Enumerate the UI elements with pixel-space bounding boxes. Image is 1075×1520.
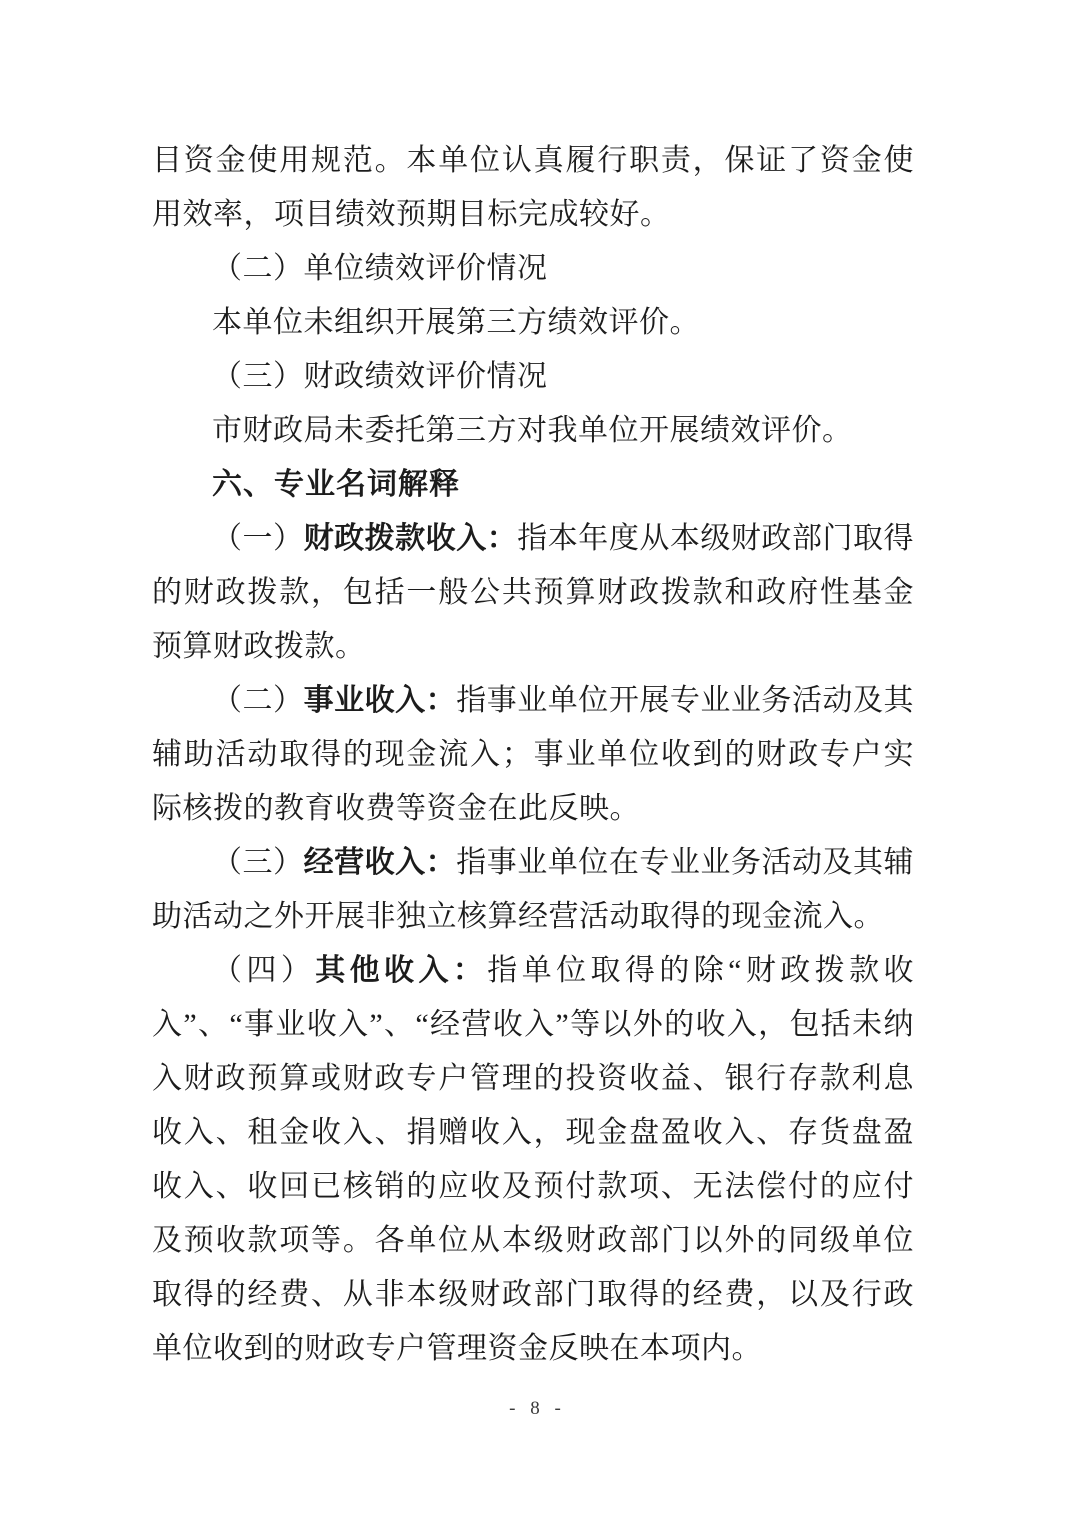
paragraph-performance-carryover: 目资金使用规范。本单位认真履行职责，保证了资金使用效率，项目绩效预期目标完成较好…	[152, 134, 914, 242]
paragraph-term-operating-income-public: （二）事业收入：指事业单位开展专业业务活动及其辅助活动取得的现金流入；事业单位收…	[152, 674, 914, 836]
term-name: 经营收入：	[304, 846, 457, 879]
term-prefix: （一）	[212, 522, 304, 555]
term-prefix: （三）	[212, 846, 304, 879]
subheading-unit-performance-evaluation: （二）单位绩效评价情况	[152, 242, 914, 296]
document-page: 目资金使用规范。本单位认真履行职责，保证了资金使用效率，项目绩效预期目标完成较好…	[0, 0, 1075, 1520]
term-name: 其他收入：	[315, 954, 487, 987]
term-prefix: （二）	[212, 684, 304, 717]
paragraph-term-other-income: （四）其他收入：指单位取得的除“财政拨款收入”、“事业收入”、“经营收入”等以外…	[152, 944, 914, 1376]
term-name: 事业收入：	[304, 684, 457, 717]
page-number: - 8 -	[509, 1398, 566, 1419]
paragraph-term-fiscal-appropriation-income: （一）财政拨款收入：指本年度从本级财政部门取得的财政拨款，包括一般公共预算财政拨…	[152, 512, 914, 674]
document-body: 目资金使用规范。本单位认真履行职责，保证了资金使用效率，项目绩效预期目标完成较好…	[152, 134, 914, 1376]
term-definition: 指单位取得的除“财政拨款收入”、“事业收入”、“经营收入”等以外的收入，包括未纳…	[152, 954, 914, 1365]
term-name: 财政拨款收入：	[304, 522, 518, 555]
paragraph-unit-performance-evaluation: 本单位未组织开展第三方绩效评价。	[152, 296, 914, 350]
page-footer: - 8 -	[0, 1398, 1075, 1420]
paragraph-term-business-income: （三）经营收入：指事业单位在专业业务活动及其辅助活动之外开展非独立核算经营活动取…	[152, 836, 914, 944]
paragraph-fiscal-performance-evaluation: 市财政局未委托第三方对我单位开展绩效评价。	[152, 404, 914, 458]
term-prefix: （四）	[212, 954, 315, 987]
section-heading-glossary: 六、专业名词解释	[152, 458, 914, 512]
subheading-fiscal-performance-evaluation: （三）财政绩效评价情况	[152, 350, 914, 404]
